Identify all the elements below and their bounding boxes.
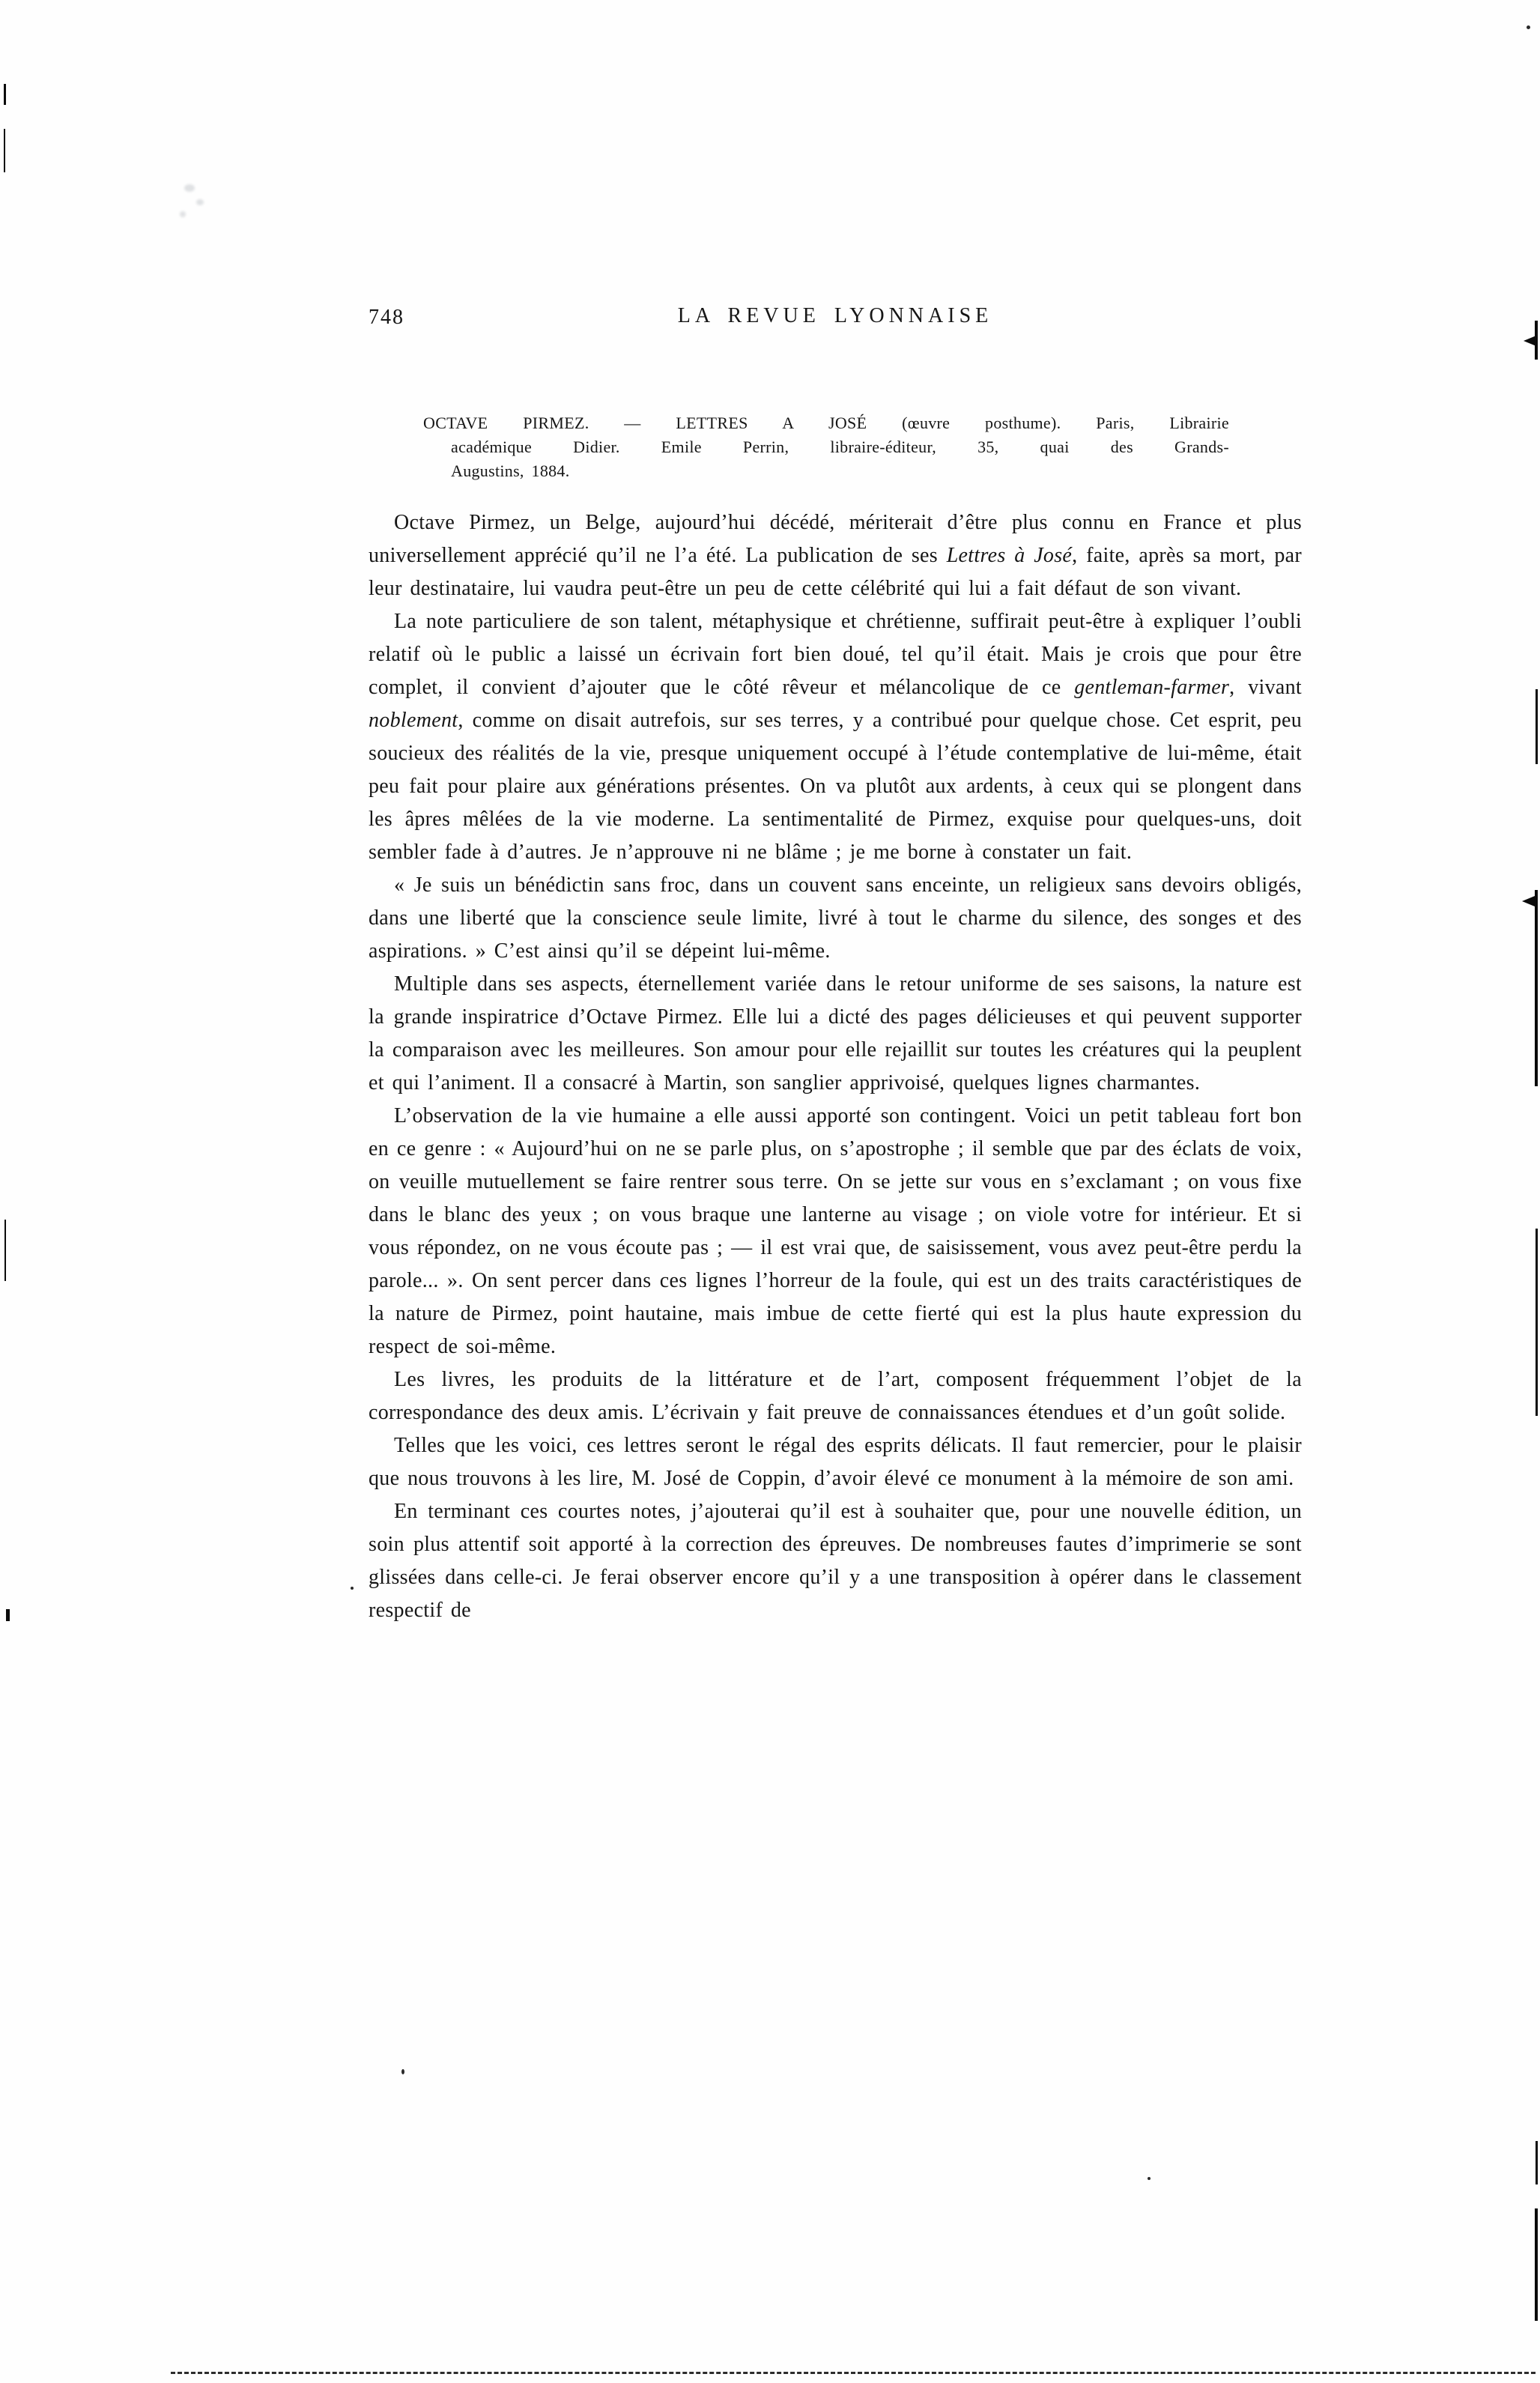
body-text-segment: Telles que les voici, ces lettres seront…: [369, 1434, 1302, 1490]
body-text-segment: Multiple dans ses aspects, éternellement…: [369, 972, 1302, 1094]
scan-artifact: [4, 1220, 6, 1281]
body-text-segment: L’observation de la vie humaine a elle a…: [369, 1104, 1302, 1358]
journal-title: LA REVUE LYONNAISE: [369, 304, 1302, 328]
italic-text: gentleman-farmer: [1074, 676, 1229, 699]
body-text-segment: , comme on disait autrefois, sur ses ter…: [369, 709, 1302, 864]
body-text-segment: En terminant ces courtes notes, j’ajoute…: [369, 1500, 1302, 1622]
ink-speck: [351, 1587, 354, 1590]
ink-speck: [401, 2069, 404, 2074]
scan-artifact: [6, 1609, 10, 1621]
scan-artifact: [1536, 1229, 1538, 1416]
bibliography-line: académique Didier. Emile Perrin, librair…: [423, 435, 1229, 459]
scan-artifact: [1522, 896, 1535, 906]
paragraph: « Je suis un bénédictin sans froc, dans …: [369, 869, 1302, 968]
pencil-smudge: [184, 184, 195, 192]
scan-artifact: [1536, 689, 1538, 764]
bibliographic-reference: OCTAVE PIRMEZ. — LETTRES A JOSÉ (œuvre p…: [423, 411, 1229, 483]
scan-artifact: [4, 84, 6, 105]
italic-text: Lettres à José: [947, 544, 1072, 567]
article-body: Octave Pirmez, un Belge, aujourd’hui déc…: [369, 506, 1302, 1627]
page-bottom-rule: [171, 2372, 1536, 2374]
scan-artifact: [4, 129, 5, 172]
paragraph: Telles que les voici, ces lettres seront…: [369, 1429, 1302, 1495]
scanned-page: 748 LA REVUE LYONNAISE OCTAVE PIRMEZ. — …: [0, 0, 1540, 2383]
scan-artifact: [1524, 336, 1536, 346]
ink-speck: [1527, 25, 1530, 29]
paragraph: L’observation de la vie humaine a elle a…: [369, 1100, 1302, 1363]
ink-speck: [1148, 2177, 1151, 2180]
scan-artifact: [1535, 890, 1538, 1086]
pencil-smudge: [180, 211, 186, 217]
scan-artifact: [1536, 2141, 1538, 2184]
running-head: 748 LA REVUE LYONNAISE: [369, 304, 1302, 336]
paragraph: Les livres, les produits de la littératu…: [369, 1363, 1302, 1429]
scan-artifact: [1535, 2208, 1538, 2321]
italic-text: noblement: [369, 709, 458, 732]
bibliography-line: OCTAVE PIRMEZ. — LETTRES A JOSÉ (œuvre p…: [423, 411, 1229, 435]
paragraph: La note particuliere de son talent, méta…: [369, 605, 1302, 869]
body-text-segment: Les livres, les produits de la littératu…: [369, 1368, 1302, 1424]
paragraph: Octave Pirmez, un Belge, aujourd’hui déc…: [369, 506, 1302, 605]
body-text-segment: « Je suis un bénédictin sans froc, dans …: [369, 873, 1302, 963]
page-number: 748: [369, 306, 404, 330]
body-text-segment: , vivant: [1229, 676, 1302, 699]
paragraph: En terminant ces courtes notes, j’ajoute…: [369, 1495, 1302, 1627]
paragraph: Multiple dans ses aspects, éternellement…: [369, 968, 1302, 1100]
bibliography-line: Augustins, 1884.: [423, 459, 1229, 483]
pencil-smudge: [196, 199, 204, 205]
